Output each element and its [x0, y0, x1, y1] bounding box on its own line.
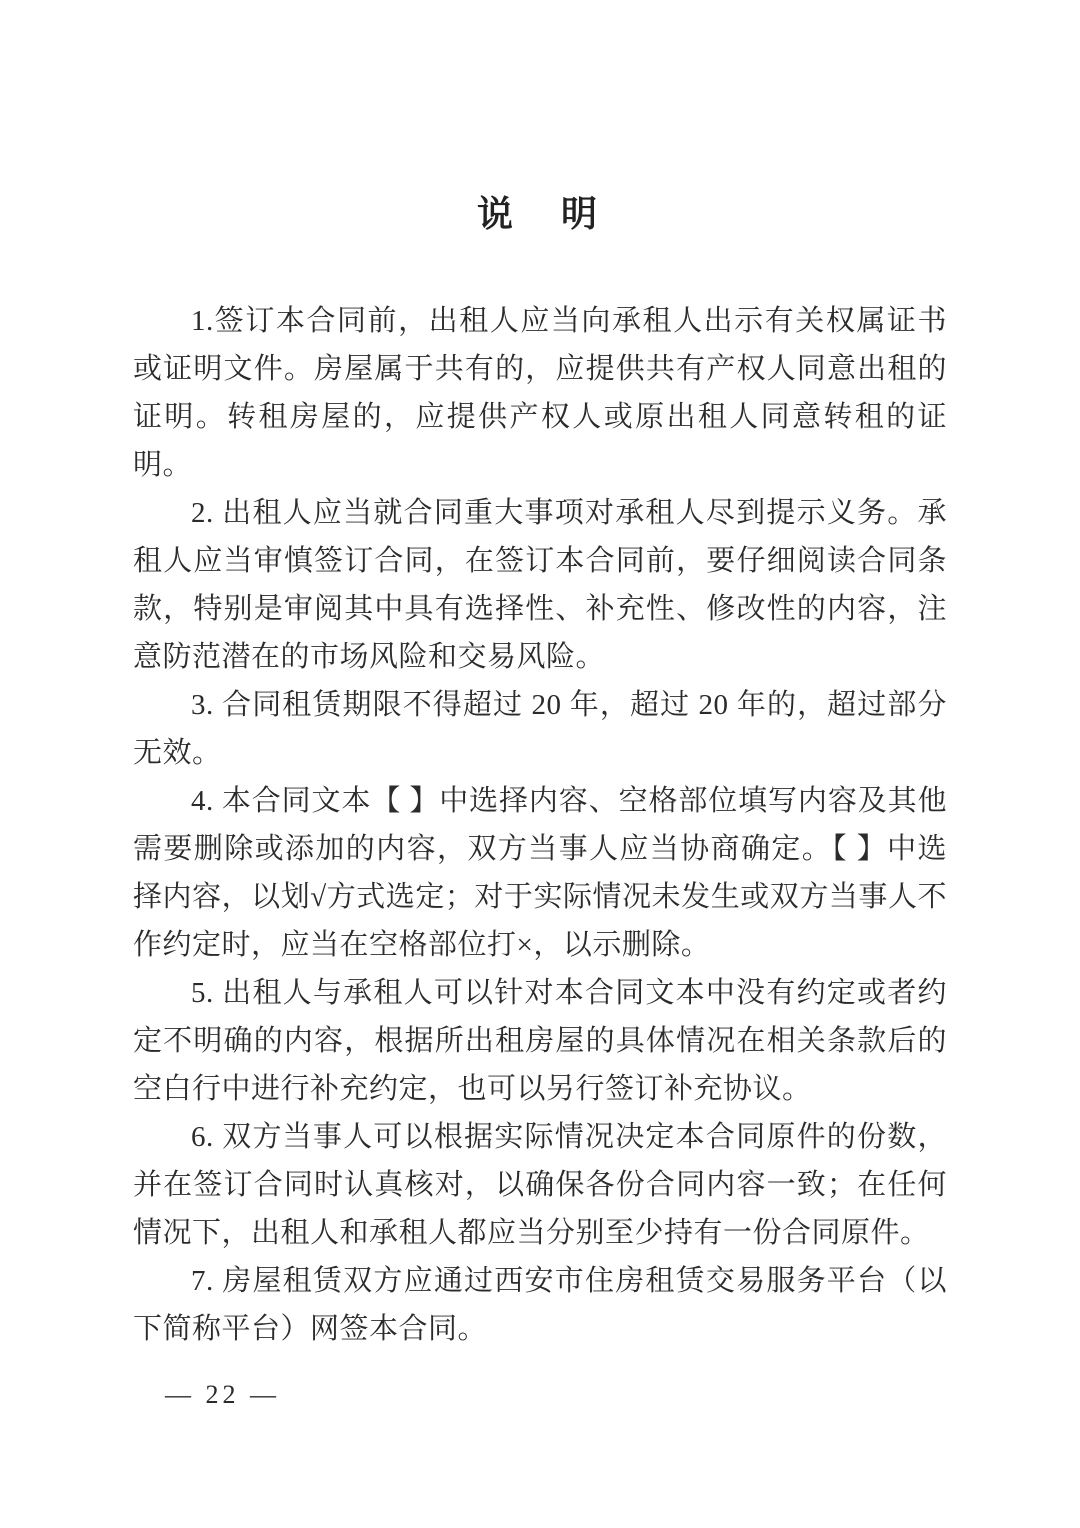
document-body: 1.签订本合同前，出租人应当向承租人出示有关权属证书或证明文件。房屋属于共有的，… [133, 297, 947, 1353]
page-title: 说 明 [133, 186, 947, 237]
note-paragraph-5: 5. 出租人与承租人可以针对本合同文本中没有约定或者约定不明确的内容，根据所出租… [133, 969, 947, 1113]
note-paragraph-1: 1.签订本合同前，出租人应当向承租人出示有关权属证书或证明文件。房屋属于共有的，… [133, 297, 947, 489]
document-page: 说 明 1.签订本合同前，出租人应当向承租人出示有关权属证书或证明文件。房屋属于… [0, 0, 1080, 1528]
note-paragraph-2: 2. 出租人应当就合同重大事项对承租人尽到提示义务。承租人应当审慎签订合同，在签… [133, 489, 947, 681]
note-paragraph-6: 6. 双方当事人可以根据实际情况决定本合同原件的份数，并在签订合同时认真核对，以… [133, 1113, 947, 1257]
note-paragraph-3: 3. 合同租赁期限不得超过 20 年，超过 20 年的，超过部分无效。 [133, 681, 947, 777]
note-paragraph-4: 4. 本合同文本【 】中选择内容、空格部位填写内容及其他需要删除或添加的内容，双… [133, 777, 947, 969]
page-number: — 22 — [165, 1380, 280, 1410]
note-paragraph-7: 7. 房屋租赁双方应通过西安市住房租赁交易服务平台（以下简称平台）网签本合同。 [133, 1257, 947, 1353]
